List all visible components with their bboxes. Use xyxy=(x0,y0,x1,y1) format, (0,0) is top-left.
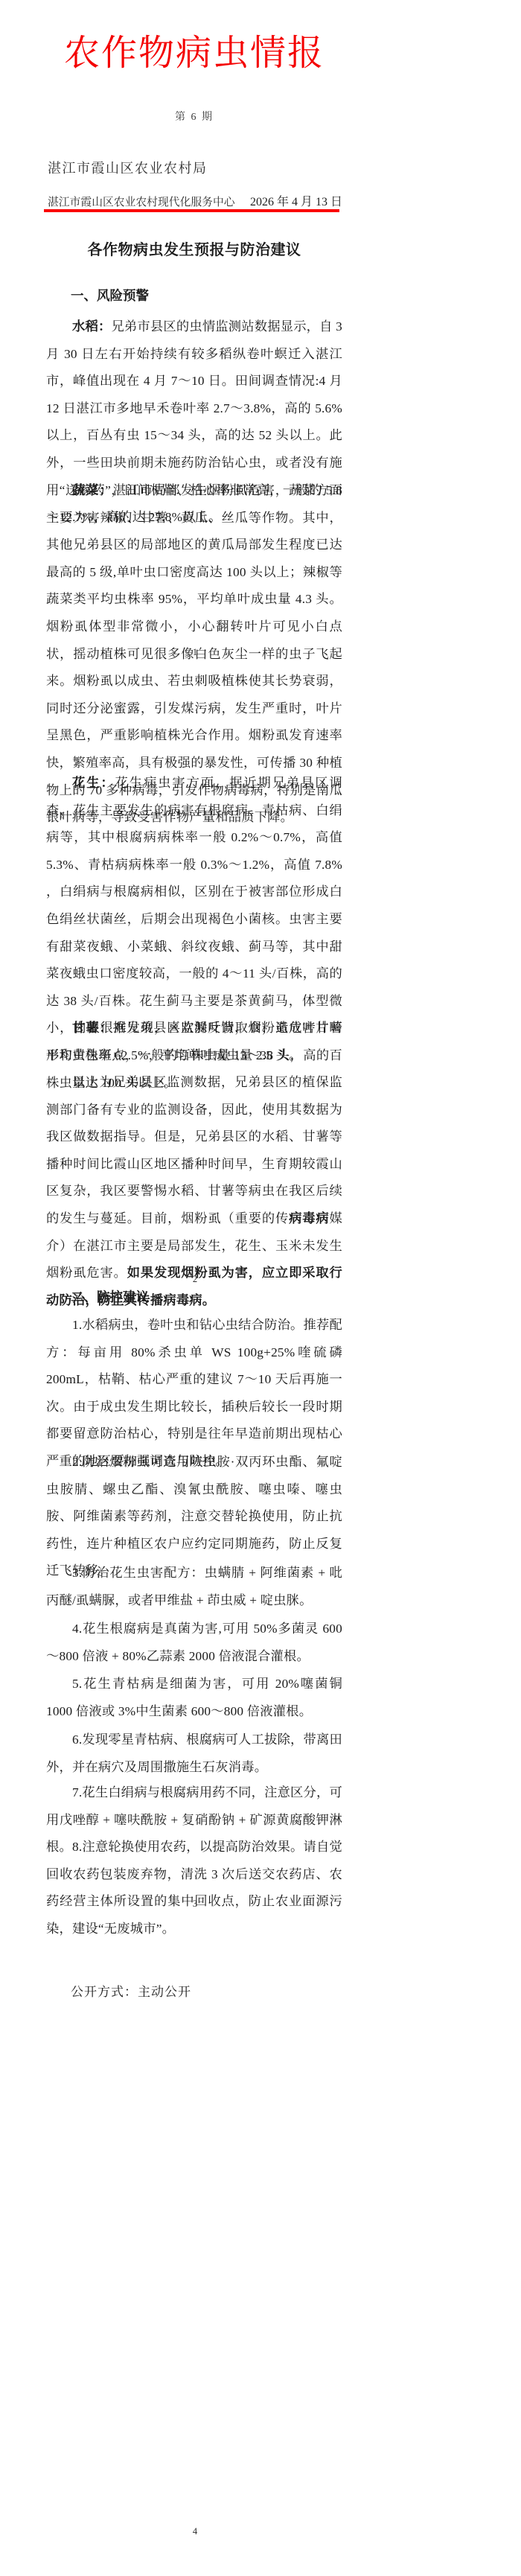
page-number-3: 3 xyxy=(185,1898,205,1910)
paragraph-sweet-potato: 甘薯：据兄弟县区监测反馈，烟粉虱危害甘薯平均虫株率 62.5%，平均单叶成虫量 … xyxy=(46,1015,342,1069)
control-item-3: 3.防治花生虫害配方：虫螨腈 + 阿维菌素 + 吡丙醚/虱螨脲，或者甲维盐 + … xyxy=(46,1560,342,1614)
page-number-4: 4 xyxy=(185,2526,205,2537)
paragraph-summary-part1: 以上为兄弟县区监测数据，兄弟县区的植保监测部门备有专业的监测设备，因此，使用其数… xyxy=(46,1075,342,1225)
control-item-6: 6.发现零星青枯病、根腐病可人工拔除，带离田外，并在病穴及周围撒施生石灰消毒。 xyxy=(46,1727,342,1781)
paragraph-sweet-potato-lead: 甘薯： xyxy=(72,1021,113,1035)
issuing-org-line1: 湛江市霞山区农业农村局 xyxy=(48,158,208,177)
issuing-org-line2: 湛江市霞山区农业农村现代化服务中心 xyxy=(48,194,235,209)
paragraph-rice-lead: 水稻： xyxy=(72,319,111,334)
paragraph-vegetables-lead: 蔬菜： xyxy=(72,483,113,497)
pest-report-document: 农作物病虫情报 第 6 期 湛江市霞山区农业农村局 湛江市霞山区农业农村现代化服… xyxy=(0,0,521,2576)
page-number-2: 2 xyxy=(185,1274,205,1285)
control-item-8: 8.注意轮换使用农药，以提高防治效果。请自觉回收农药包装废弃物，清洗 3 次后送… xyxy=(46,1834,342,1942)
page-number-1: 1 xyxy=(185,647,205,658)
issue-number: 第 6 期 xyxy=(46,109,342,124)
paragraph-peanut-lead: 花生： xyxy=(72,776,115,790)
issuing-org-row: 湛江市霞山区农业农村现代化服务中心 2026 年 4 月 13 日 xyxy=(48,192,342,209)
issue-date: 2026 年 4 月 13 日 xyxy=(250,192,342,209)
control-item-4: 4.花生根腐病是真菌为害,可用 50%多菌灵 600～800 倍液 + 80%乙… xyxy=(46,1616,342,1670)
section2-heading: 二、防控建议 xyxy=(46,1287,342,1306)
disclosure-method-line: 公开方式：主动公开 xyxy=(46,1981,342,2000)
red-divider-rule xyxy=(44,209,339,212)
main-heading: 各作物病虫发生预报与防治建议 xyxy=(46,237,342,259)
paragraph-summary-bold-virus: 病毒病 xyxy=(289,1211,329,1225)
section1-heading: 一、风险预警 xyxy=(46,286,342,305)
control-item-5: 5.花生青枯病是细菌为害，可用 20%噻菌铜 1000 倍液或 3%中生菌素 6… xyxy=(46,1671,342,1725)
document-title: 农作物病虫情报 xyxy=(46,27,342,80)
